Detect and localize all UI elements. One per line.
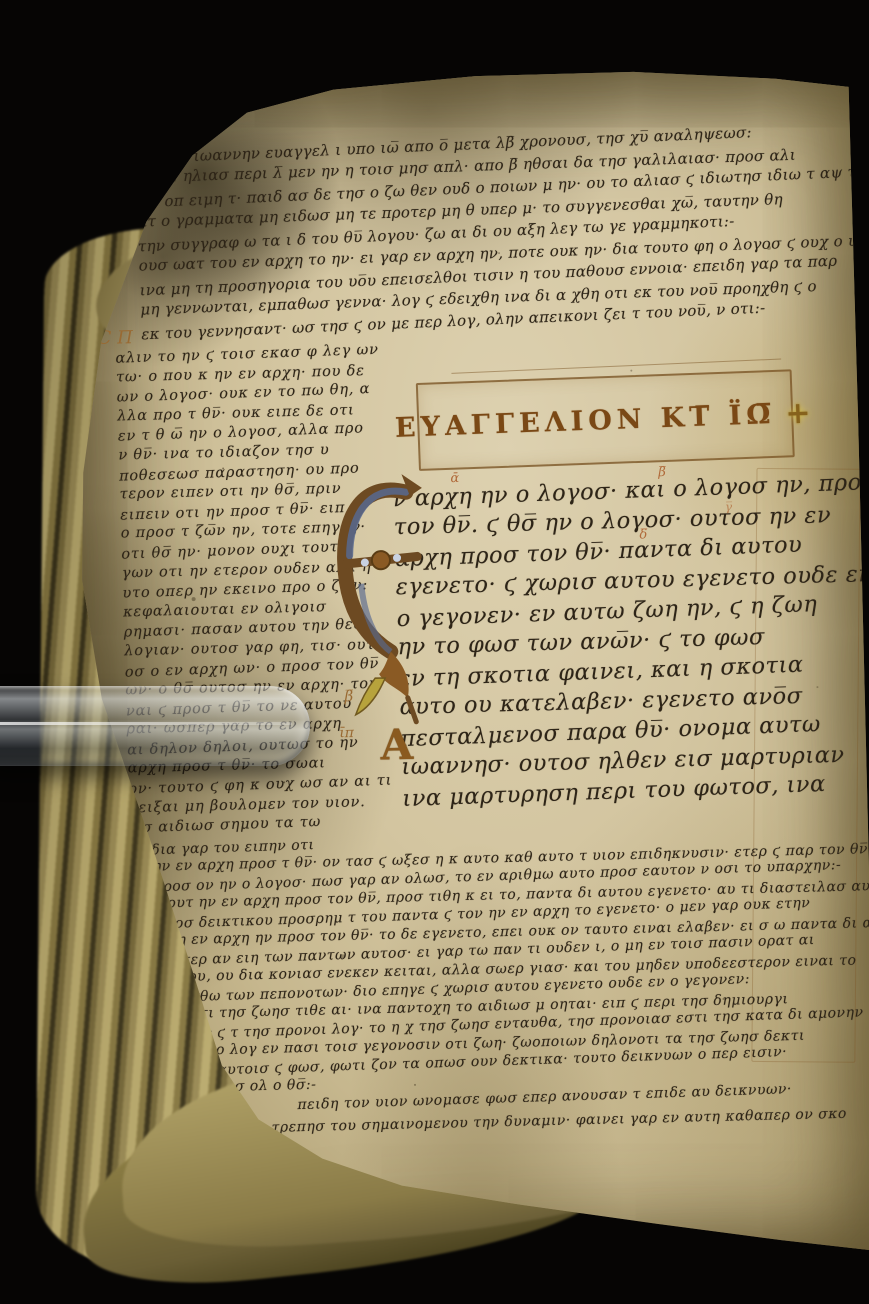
commentary-top-block: ο κατα ιωαννην ευαγγελ ι υπο ιω̅ απο ο̅ … (134, 119, 853, 344)
manuscript-photo: ο κατα ιωαννην ευαγγελ ι υπο ιω̅ απο ο̅ … (0, 0, 869, 1304)
gutter-mark-beta: β̅ (344, 687, 353, 705)
glass-page-holder-rod (0, 686, 310, 766)
illuminated-initial-epsilon (322, 461, 439, 735)
section-numeral-gamma: γ̅ (725, 500, 732, 514)
section-numeral-delta: δ̅ (639, 527, 647, 542)
gospel-title: ΕΥΑΓΓΕΛΙΟΝ ΚΤ̅ ΪΩ̅ (395, 398, 776, 443)
gospel-title-box: ΕΥΑΓΓΕΛΙΟΝ ΚΤ̅ ΪΩ̅ + (416, 369, 795, 471)
dust-specks (65, 80, 67, 82)
title-cross-ornament: + (785, 395, 816, 431)
section-numeral-beta: β̅ (658, 465, 666, 480)
initial-alpha: Α (380, 720, 414, 770)
section-numeral-alpha: ᾱ (450, 471, 459, 486)
gutter-mark-ip: ῑπ (339, 725, 354, 741)
gospel-main-text: ν αρχη ην ο λογοσ· και ο λογοσ ην, προστ… (392, 468, 869, 813)
